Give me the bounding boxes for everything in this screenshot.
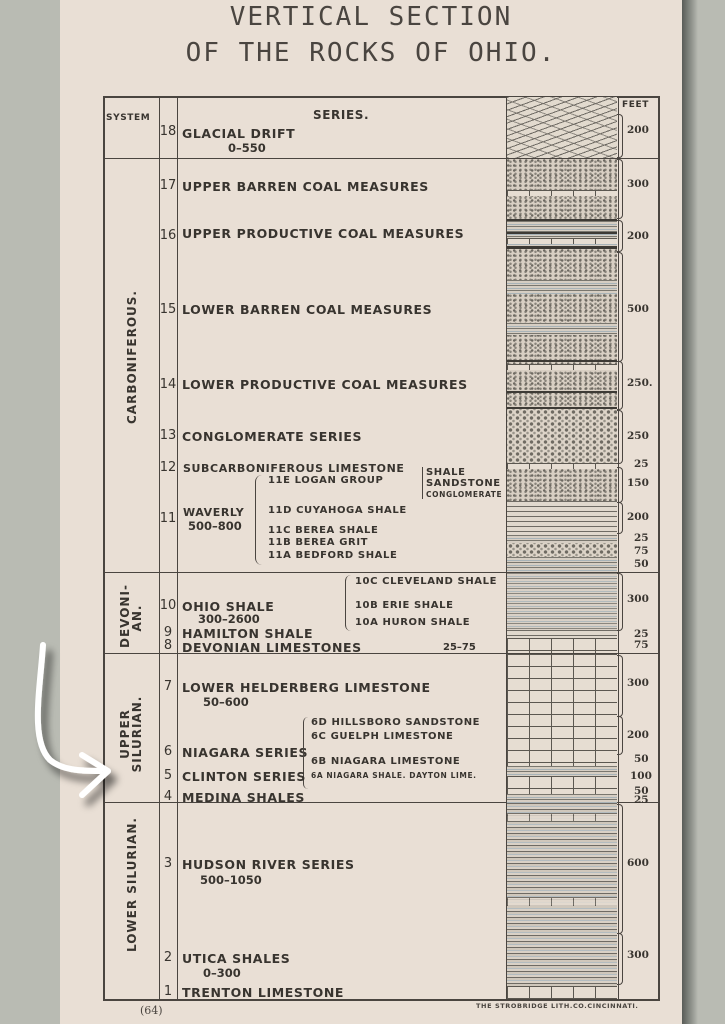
feet-value: 100 xyxy=(630,770,652,782)
series-conglomerate: CONGLOMERATE SERIES xyxy=(182,429,362,444)
range-waverly: 500–800 xyxy=(188,519,242,533)
feet-value: 300 xyxy=(627,949,649,961)
feet-brace xyxy=(617,655,623,717)
series-utica: UTICA SHALES xyxy=(182,951,290,966)
series-upper-barren: UPPER BARREN COAL MEASURES xyxy=(182,179,429,194)
number-col-divider xyxy=(177,96,178,1001)
system-lower-silurian: LOWER SILURIAN. xyxy=(126,832,138,952)
layer-medina xyxy=(507,794,617,803)
series-clinton: CLINTON SERIES xyxy=(182,769,306,784)
series-num-13: 13 xyxy=(159,428,177,443)
feet-brace xyxy=(617,502,623,534)
layer-bedford xyxy=(507,557,617,572)
page-number: (64) xyxy=(140,1004,163,1017)
series-trenton: TRENTON LIMESTONE xyxy=(182,985,344,1000)
series-subcarboniferous: SUBCARBONIFEROUS LIMESTONE xyxy=(183,462,405,475)
series-medina: MEDINA SHALES xyxy=(182,790,305,805)
series-glacial-drift: GLACIAL DRIFT xyxy=(182,126,295,141)
series-num-14: 14 xyxy=(159,377,177,392)
feet-value: 250 xyxy=(627,430,649,442)
ohio-shale-brace xyxy=(345,575,351,631)
feet-value: 300 xyxy=(627,593,649,605)
feet-value: 200 xyxy=(627,230,649,242)
feet-value: 150 xyxy=(627,477,649,489)
feet-brace xyxy=(617,114,623,158)
printer-credit: THE STROBRIDGE LITH.CO.CINCINNATI. xyxy=(476,1002,639,1010)
page-edge-shadow xyxy=(682,0,698,1024)
layer-thin-limestone xyxy=(507,897,617,906)
feet-brace xyxy=(617,467,623,503)
layer-niagara-shale xyxy=(507,766,617,776)
layer-utica xyxy=(507,941,617,986)
series-num-7: 7 xyxy=(159,679,177,694)
sub-10a: 10A HURON SHALE xyxy=(355,617,470,628)
range-glacial-drift: 0–550 xyxy=(228,141,266,155)
series-num-18: 18 xyxy=(159,124,177,139)
layer-berea-grit xyxy=(507,543,617,557)
sub-11d: 11D CUYAHOGA SHALE xyxy=(268,505,407,516)
feet-value: 250. xyxy=(627,377,653,389)
sub-10c: 10C CLEVELAND SHALE xyxy=(355,576,497,587)
sub-11a: 11A BEDFORD SHALE xyxy=(268,550,397,561)
series-lower-barren: LOWER BARREN COAL MEASURES xyxy=(182,302,432,317)
feet-brace xyxy=(617,804,623,934)
feet-value: 75 xyxy=(634,545,649,557)
title-line-2: OF THE ROCKS OF OHIO. xyxy=(60,38,682,68)
layer-lower-barren xyxy=(507,249,617,361)
feet-brace xyxy=(617,573,623,631)
layer-cuyahoga xyxy=(507,501,617,535)
sub-6d: 6D HILLSBORO SANDSTONE xyxy=(311,717,480,728)
layer-shale-band xyxy=(507,280,617,294)
header-feet: FEET xyxy=(622,100,649,110)
layer-thin-limestone xyxy=(507,813,617,821)
feet-brace xyxy=(617,220,623,252)
feet-brace xyxy=(617,159,623,219)
layer-thin-limestone xyxy=(507,238,617,244)
feet-value: 25 xyxy=(634,458,649,470)
feet-value: 200 xyxy=(627,124,649,136)
feet-value: 75 xyxy=(634,639,649,651)
layer-thin-limestone xyxy=(507,364,617,370)
series-waverly: WAVERLY xyxy=(183,506,244,519)
series-num-17: 17 xyxy=(159,178,177,193)
feet-value: 500 xyxy=(627,303,649,315)
layer-logan xyxy=(507,469,617,501)
series-hudson-river: HUDSON RIVER SERIES xyxy=(182,857,355,872)
series-num-8: 8 xyxy=(159,638,177,653)
layer-upper-barren xyxy=(507,159,617,219)
series-niagara: NIAGARA SERIES xyxy=(182,745,308,760)
feet-brace xyxy=(617,716,623,755)
feet-value: 25 xyxy=(634,532,649,544)
logan-note-conglomerate: CONGLOMERATE xyxy=(426,490,502,499)
series-num-15: 15 xyxy=(159,302,177,317)
feet-value: 50 xyxy=(634,753,649,765)
sub-6c: 6C GUELPH LIMESTONE xyxy=(311,731,454,742)
layer-hudson-river xyxy=(507,803,617,941)
range-utica: 0–300 xyxy=(203,966,241,980)
waverly-brace xyxy=(255,475,262,565)
layer-berea-shale xyxy=(507,535,617,543)
sub-11c: 11C BEREA SHALE xyxy=(268,525,378,536)
feet-value: 50 xyxy=(634,558,649,570)
range-ohio-shale: 300–2600 xyxy=(198,612,260,626)
coal-seam xyxy=(507,391,617,393)
layer-devonian-limestone xyxy=(507,638,617,653)
feet-value: 25 xyxy=(634,794,649,806)
feet-value: 300 xyxy=(627,178,649,190)
sub-6a: 6A NIAGARA SHALE. DAYTON LIME. xyxy=(311,771,477,780)
annotation-arrow-icon xyxy=(0,0,130,830)
sub-11b: 11B BEREA GRIT xyxy=(268,537,368,548)
layer-clinton xyxy=(507,776,617,794)
feet-value: 300 xyxy=(627,677,649,689)
coal-seam xyxy=(507,232,617,234)
title-line-1: VERTICAL SECTION xyxy=(60,2,682,32)
range-hudson-river: 500–1050 xyxy=(200,873,262,887)
feet-brace xyxy=(617,252,623,362)
series-num-1: 1 xyxy=(159,984,177,999)
header-series: SERIES. xyxy=(313,108,369,122)
series-num-3: 3 xyxy=(159,856,177,871)
series-lower-productive: LOWER PRODUCTIVE COAL MEASURES xyxy=(182,377,468,392)
series-num-11: 11 xyxy=(159,511,177,526)
feet-brace xyxy=(617,933,623,985)
feet-brace xyxy=(617,410,623,464)
range-devonian-limestones: 25–75 xyxy=(443,642,476,653)
layer-trenton xyxy=(507,986,617,999)
feet-value: 600 xyxy=(627,857,649,869)
table-right-border xyxy=(658,96,660,1001)
layer-glacial-drift xyxy=(507,97,617,158)
layer-shale-band xyxy=(507,323,617,335)
sub-11e: 11E LOGAN GROUP xyxy=(268,475,383,486)
layer-conglomerate xyxy=(507,409,617,463)
series-num-4: 4 xyxy=(159,789,177,804)
series-upper-productive: UPPER PRODUCTIVE COAL MEASURES xyxy=(182,226,464,241)
feet-value: 200 xyxy=(627,511,649,523)
layer-hamilton xyxy=(507,630,617,638)
series-hamilton: HAMILTON SHALE xyxy=(182,626,313,641)
series-lower-helderberg: LOWER HELDERBERG LIMESTONE xyxy=(182,680,431,695)
logan-note-sandstone: SANDSTONE xyxy=(426,478,501,489)
logan-note-shale: SHALE xyxy=(426,467,466,478)
series-num-2: 2 xyxy=(159,950,177,965)
series-num-10: 10 xyxy=(159,598,177,613)
range-lower-helderberg: 50–600 xyxy=(203,695,249,709)
layer-niagara xyxy=(507,714,617,770)
layer-ohio-shale xyxy=(507,573,617,630)
feet-value: 200 xyxy=(627,729,649,741)
series-devonian-limestones: DEVONIAN LIMESTONES xyxy=(182,640,362,655)
sub-10b: 10B ERIE SHALE xyxy=(355,600,454,611)
sub-6b: 6B NIAGARA LIMESTONE xyxy=(311,756,460,767)
series-num-5: 5 xyxy=(159,768,177,783)
feet-brace xyxy=(617,361,623,410)
layer-thin-limestone xyxy=(507,190,617,196)
series-num-12: 12 xyxy=(159,460,177,475)
series-num-16: 16 xyxy=(159,228,177,243)
series-num-6: 6 xyxy=(159,744,177,759)
